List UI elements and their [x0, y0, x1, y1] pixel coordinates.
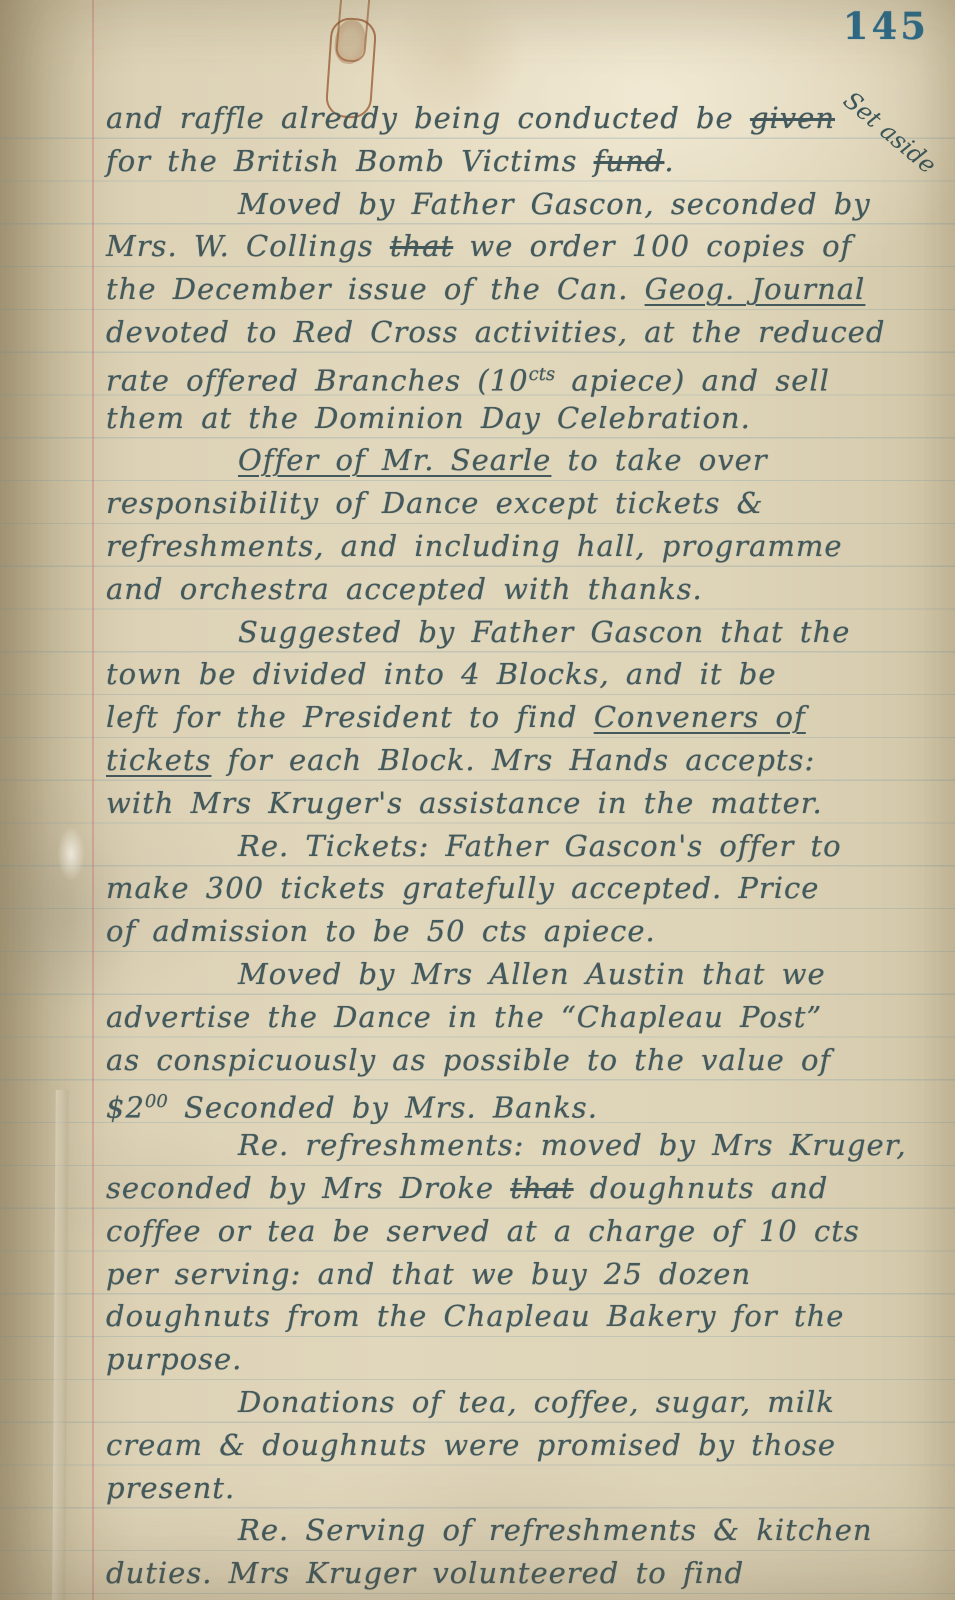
handwritten-line: per serving: and that we buy 25 dozen — [0, 1253, 955, 1296]
text-segment: . — [664, 144, 674, 178]
handwritten-line: present. — [0, 1467, 955, 1510]
handwritten-text: and raffle already being conducted be gi… — [0, 97, 955, 1595]
handwritten-line: seconded by Mrs Droke that doughnuts and — [0, 1167, 955, 1210]
page-number: 145 — [843, 4, 929, 48]
text-segment: the December issue of the Can. — [106, 272, 645, 306]
text-segment: them at the Dominion Day Celebration. — [106, 401, 751, 435]
minute-book-page: 145 Set aside and raffle already being c… — [0, 0, 955, 1600]
text-segment: responsibility of Dance except tickets & — [106, 486, 764, 520]
text-segment: doughnuts from the Chapleau Bakery for t… — [106, 1299, 844, 1333]
handwritten-line: and raffle already being conducted be gi… — [0, 97, 955, 140]
handwritten-line: town be divided into 4 Blocks, and it be — [0, 653, 955, 696]
text-segment: Moved by Father Gascon, seconded by — [238, 187, 871, 221]
handwritten-line: Moved by Father Gascon, seconded by — [0, 183, 955, 226]
text-segment: coffee or tea be served at a charge of 1… — [106, 1214, 860, 1248]
handwritten-line: cream & doughnuts were promised by those — [0, 1424, 955, 1467]
text-segment: Seconded by Mrs. Banks. — [168, 1091, 598, 1125]
handwritten-line: duties. Mrs Kruger volunteered to find — [0, 1552, 955, 1595]
text-segment: Re. Serving of refreshments & kitchen — [238, 1513, 873, 1547]
handwritten-line: doughnuts from the Chapleau Bakery for t… — [0, 1295, 955, 1338]
underlined-text: Conveners of — [594, 700, 806, 734]
text-segment: Donations of tea, coffee, sugar, milk — [238, 1385, 835, 1419]
text-segment: Moved by Mrs Allen Austin that we — [238, 957, 826, 991]
handwritten-line: the December issue of the Can. Geog. Jou… — [0, 268, 955, 311]
handwritten-line: with Mrs Kruger's assistance in the matt… — [0, 782, 955, 825]
text-segment: advertise the Dance in the “Chapleau Pos… — [106, 1000, 822, 1034]
struck-out-text: that — [390, 229, 453, 263]
handwritten-line: them at the Dominion Day Celebration. — [0, 397, 955, 440]
text-segment: as conspicuously as possible to the valu… — [106, 1043, 831, 1077]
text-segment: and orchestra accepted with thanks. — [106, 572, 703, 606]
handwritten-line: rate offered Branches (10cts apiece) and… — [0, 354, 955, 397]
superscript-text: cts — [529, 364, 556, 385]
struck-out-text: given — [750, 101, 835, 135]
handwritten-line: Offer of Mr. Searle to take over — [0, 439, 955, 482]
handwritten-line: advertise the Dance in the “Chapleau Pos… — [0, 996, 955, 1039]
handwritten-line: $200 Seconded by Mrs. Banks. — [0, 1081, 955, 1124]
text-segment: purpose. — [106, 1342, 242, 1376]
handwritten-line: Suggested by Father Gascon that the — [0, 611, 955, 654]
text-segment: present. — [106, 1471, 235, 1505]
handwritten-line: left for the President to find Conveners… — [0, 696, 955, 739]
text-segment: rate offered Branches (10 — [106, 363, 529, 397]
handwritten-line: for the British Bomb Victims fund. — [0, 140, 955, 183]
text-segment: for each Block. Mrs Hands accepts: — [211, 743, 815, 777]
text-segment: to take over — [551, 443, 767, 477]
handwritten-line: Re. Serving of refreshments & kitchen — [0, 1509, 955, 1552]
text-segment: doughnuts and — [574, 1171, 829, 1205]
handwritten-line: devoted to Red Cross activities, at the … — [0, 311, 955, 354]
text-segment: town be divided into 4 Blocks, and it be — [106, 657, 777, 691]
text-segment: of admission to be 50 cts apiece. — [106, 914, 656, 948]
handwritten-line: refreshments, and including hall, progra… — [0, 525, 955, 568]
text-segment: per serving: and that we buy 25 dozen — [106, 1257, 751, 1291]
text-segment: duties. Mrs Kruger volunteered to find — [106, 1556, 744, 1590]
handwritten-line: responsibility of Dance except tickets & — [0, 482, 955, 525]
underlined-text: Geog. Journal — [645, 272, 866, 306]
struck-out-text: that — [510, 1171, 573, 1205]
handwritten-line: tickets for each Block. Mrs Hands accept… — [0, 739, 955, 782]
handwritten-line: coffee or tea be served at a charge of 1… — [0, 1210, 955, 1253]
text-segment: apiece) and sell — [555, 363, 830, 397]
underlined-text: tickets — [106, 743, 211, 777]
text-segment: Re. Tickets: Father Gascon's offer to — [238, 829, 842, 863]
underlined-text: Offer of Mr. Searle — [238, 443, 551, 477]
text-segment: and raffle already being conducted be — [106, 101, 750, 135]
text-segment: with Mrs Kruger's assistance in the matt… — [106, 786, 823, 820]
handwritten-line: purpose. — [0, 1338, 955, 1381]
handwritten-line: of admission to be 50 cts apiece. — [0, 910, 955, 953]
handwritten-line: as conspicuously as possible to the valu… — [0, 1039, 955, 1082]
text-segment: refreshments, and including hall, progra… — [106, 529, 843, 563]
handwritten-line: Donations of tea, coffee, sugar, milk — [0, 1381, 955, 1424]
handwritten-line: and orchestra accepted with thanks. — [0, 568, 955, 611]
text-segment: Re. refreshments: moved by Mrs Kruger, — [238, 1128, 907, 1162]
handwritten-line: Re. Tickets: Father Gascon's offer to — [0, 825, 955, 868]
text-segment: cream & doughnuts were promised by those — [106, 1428, 836, 1462]
handwritten-line: Re. refreshments: moved by Mrs Kruger, — [0, 1124, 955, 1167]
text-segment: for the British Bomb Victims — [106, 144, 594, 178]
superscript-text: 00 — [145, 1091, 168, 1112]
text-segment: Mrs. W. Collings — [106, 229, 390, 263]
struck-out-text: fund — [594, 144, 665, 178]
text-segment: make 300 tickets gratefully accepted. Pr… — [106, 871, 819, 905]
text-segment: devoted to Red Cross activities, at the … — [106, 315, 885, 349]
text-segment: seconded by Mrs Droke — [106, 1171, 510, 1205]
text-segment: we order 100 copies of — [453, 229, 852, 263]
text-segment: $2 — [106, 1091, 145, 1125]
handwritten-line: Moved by Mrs Allen Austin that we — [0, 953, 955, 996]
handwritten-line: make 300 tickets gratefully accepted. Pr… — [0, 867, 955, 910]
text-segment: left for the President to find — [106, 700, 594, 734]
handwritten-line: Mrs. W. Collings that we order 100 copie… — [0, 225, 955, 268]
text-segment: Suggested by Father Gascon that the — [238, 615, 850, 649]
